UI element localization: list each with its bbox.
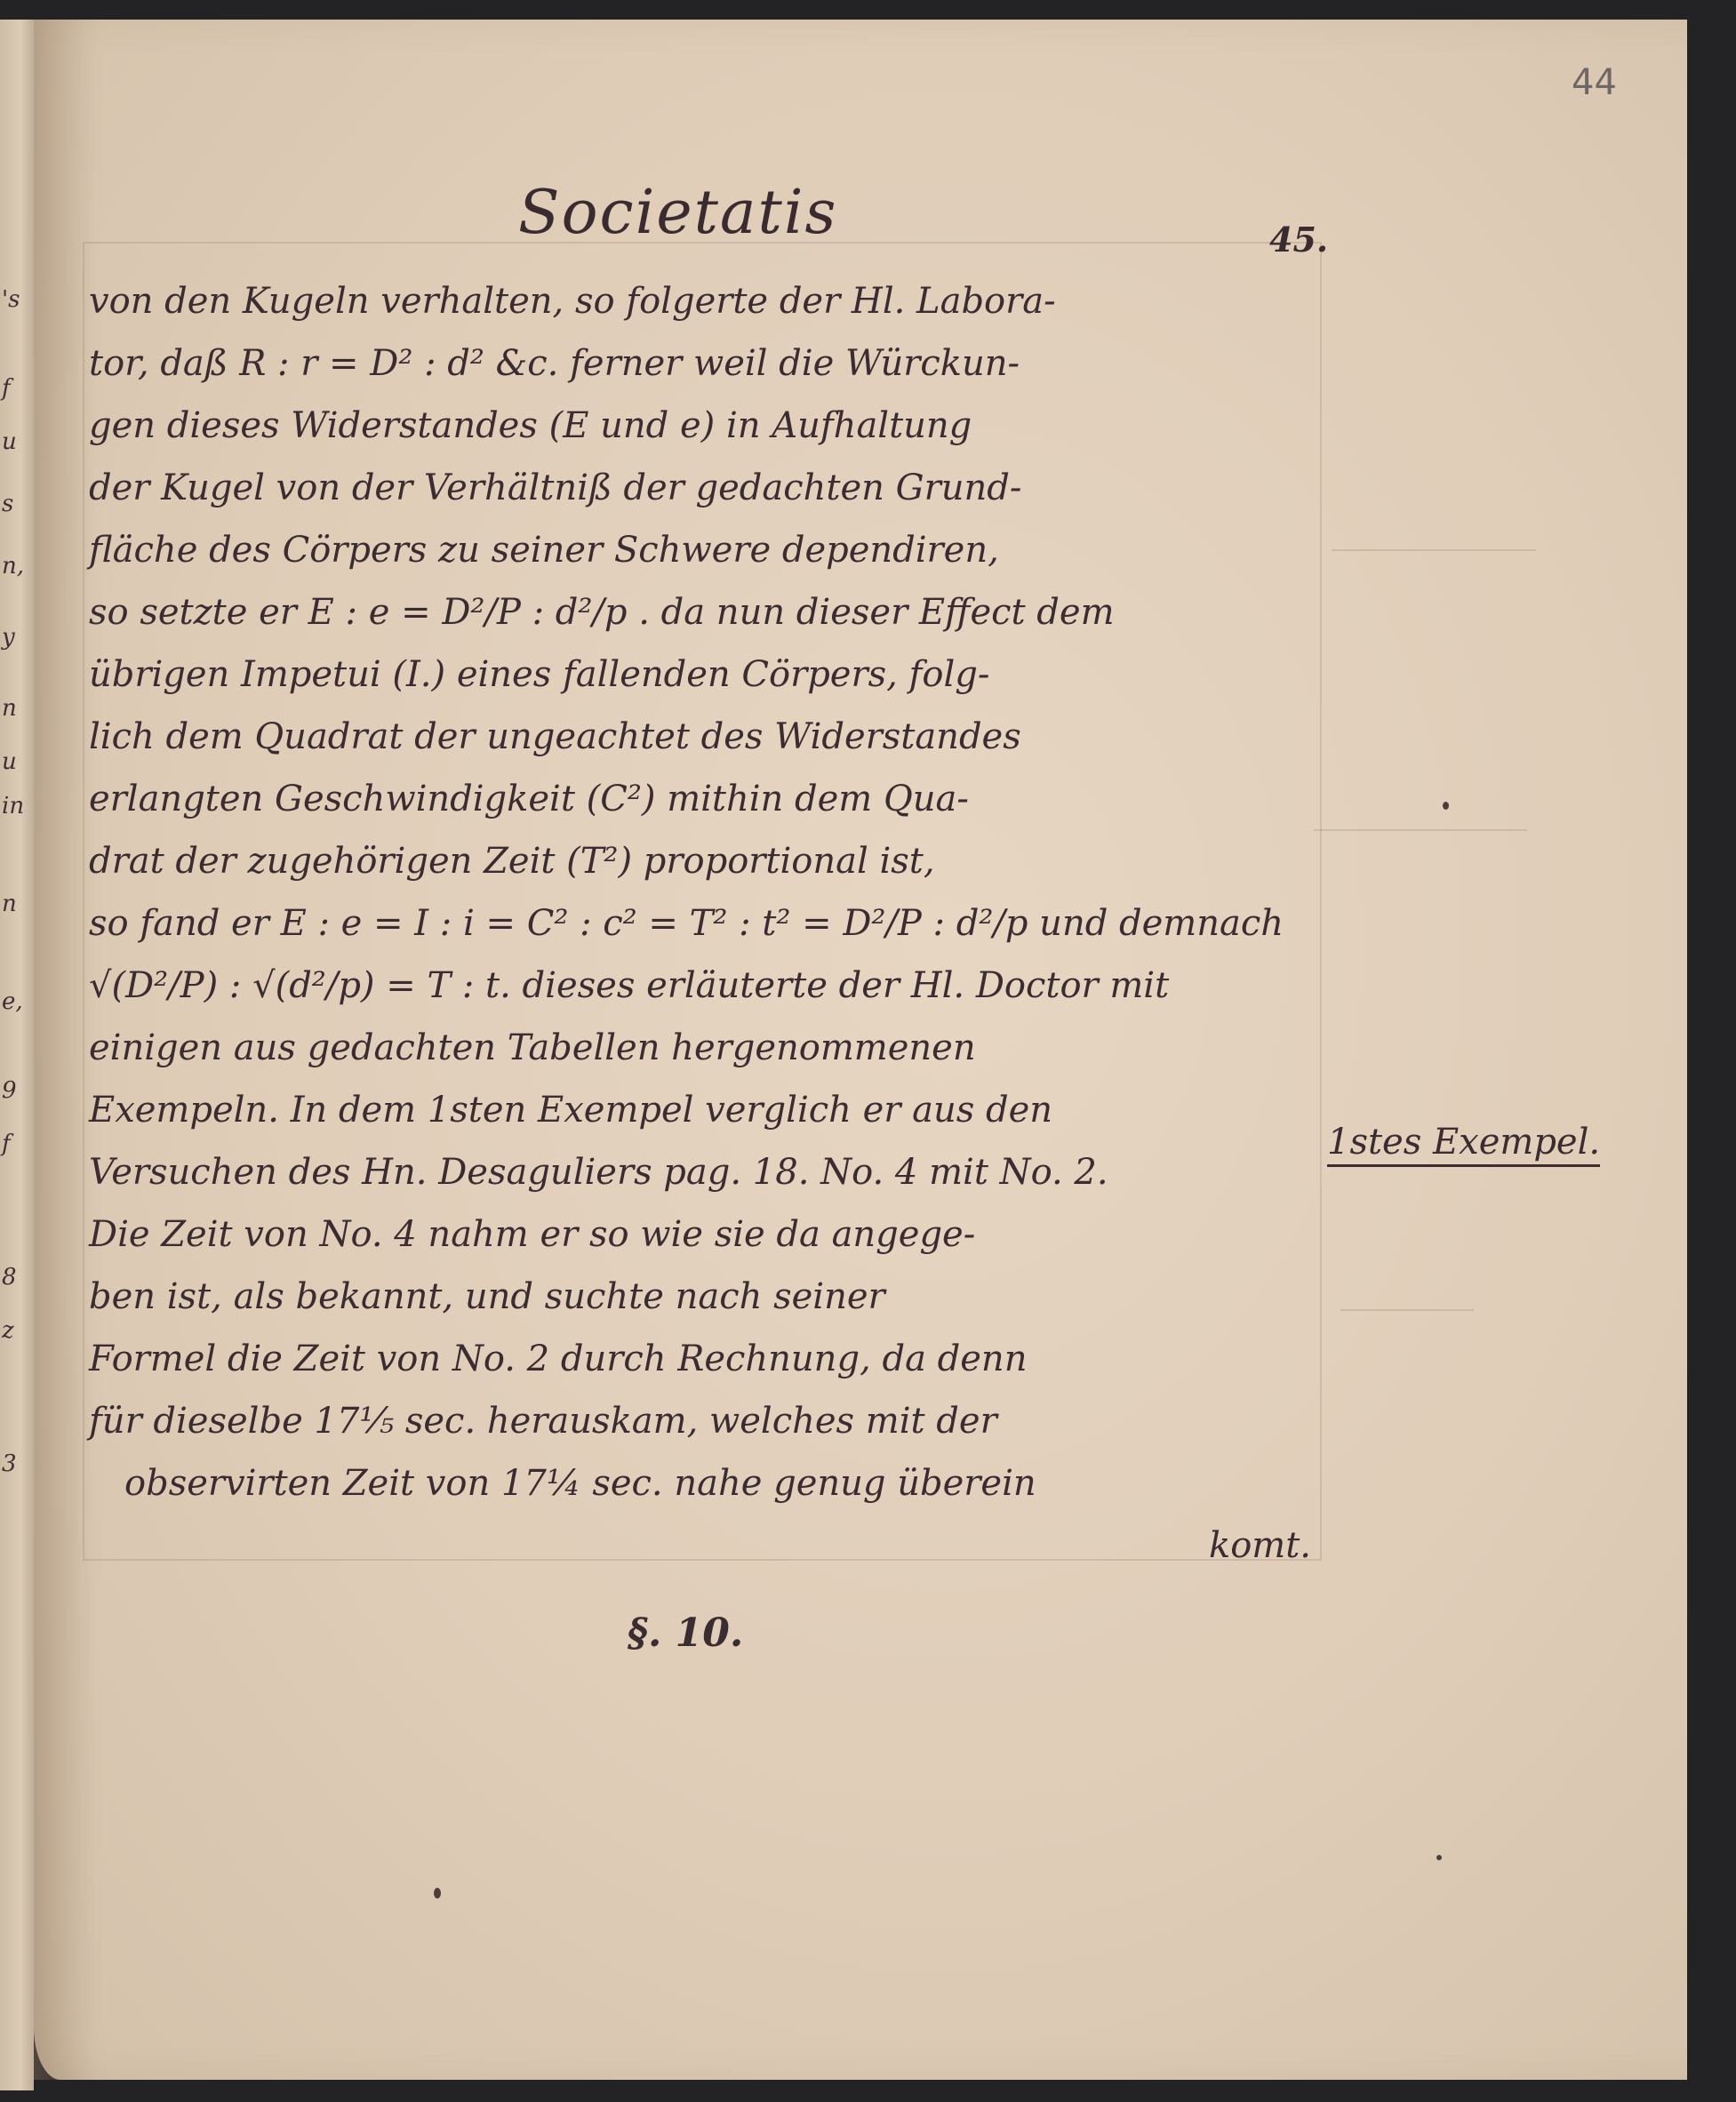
text-line: lich dem Quadrat der ungeachtet des Wide…	[89, 706, 1324, 768]
text-line: Exempeln. In dem 1sten Exempel verglich …	[89, 1079, 1324, 1141]
ink-speck	[434, 1888, 441, 1898]
ink-speck	[1443, 802, 1449, 810]
prev-page-fragment: u	[2, 428, 17, 455]
text-line: observirten Zeit von 17¼ sec. nahe genug…	[89, 1452, 1324, 1515]
text-line: ben ist, als bekannt, und suchte nach se…	[89, 1266, 1324, 1328]
prev-page-fragment: 3	[2, 1451, 17, 1477]
prev-page-fragment: y	[2, 624, 15, 651]
prev-page-fragment: n	[2, 891, 17, 917]
prev-page-fragment: u	[2, 748, 17, 775]
text-line: von den Kugeln verhalten, so folgerte de…	[89, 270, 1324, 332]
prev-page-fragment: e,	[2, 988, 23, 1015]
bleed-through-mark	[1332, 513, 1536, 551]
text-line: Formel die Zeit von No. 2 durch Rechnung…	[89, 1328, 1324, 1390]
prev-page-fragment: s	[2, 491, 13, 517]
text-line: so fand er E : e = I : i = C² : c² = T² …	[89, 892, 1324, 955]
prev-page-fragment: n,	[2, 553, 24, 579]
prev-page-fragment: n	[2, 695, 17, 722]
bleed-through-mark	[1340, 1273, 1474, 1311]
body-text: von den Kugeln verhalten, so folgerte de…	[89, 270, 1324, 1577]
text-line: erlangten Geschwindigkeit (C²) mithin de…	[89, 768, 1324, 830]
text-line: einigen aus gedachten Tabellen hergenomm…	[89, 1017, 1324, 1079]
section-mark: §. 10.	[628, 1610, 743, 1656]
prev-page-fragment: in	[2, 793, 24, 819]
text-line: Die Zeit von No. 4 nahm er so wie sie da…	[89, 1203, 1324, 1266]
running-heading: Societatis	[518, 178, 837, 248]
text-line: komt.	[89, 1515, 1324, 1577]
manuscript-page: 44 Societatis 45. von den Kugeln verhalt…	[34, 20, 1687, 2080]
ink-speck	[1436, 1855, 1442, 1860]
text-line: tor, daß R : r = D² : d² &c. ferner weil…	[89, 332, 1324, 395]
prev-page-fragment: 's	[2, 286, 20, 313]
prev-page-fragment: z	[2, 1317, 14, 1344]
text-line: fläche des Cörpers zu seiner Schwere dep…	[89, 519, 1324, 581]
text-line: so setzte er E : e = D²/P : d²/p . da nu…	[89, 581, 1324, 643]
prev-page-fragment: 9	[2, 1077, 17, 1104]
text-line: für dieselbe 17⅕ sec. herauskam, welches…	[89, 1390, 1324, 1452]
manuscript-scan: 's f u s n, y n u in n e, 9 f 8 z 3 44 S…	[0, 0, 1736, 2102]
folio-number: 44	[1572, 62, 1617, 103]
text-line: der Kugel von der Verhältniß der gedacht…	[89, 457, 1324, 519]
previous-page-edge: 's f u s n, y n u in n e, 9 f 8 z 3	[0, 20, 34, 2090]
prev-page-fragment: 8	[2, 1264, 17, 1291]
text-line: gen dieses Widerstandes (E und e) in Auf…	[89, 395, 1324, 457]
prev-page-fragment: f	[2, 375, 11, 402]
prev-page-fragment: f	[2, 1131, 11, 1157]
margin-note: 1stes Exempel.	[1327, 1122, 1600, 1167]
bleed-through-mark	[1314, 793, 1527, 831]
text-line: √(D²/P) : √(d²/p) = T : t. dieses erläut…	[89, 955, 1324, 1017]
text-line: drat der zugehörigen Zeit (T²) proportio…	[89, 830, 1324, 892]
text-line: übrigen Impetui (I.) eines fallenden Cör…	[89, 643, 1324, 706]
page-number: 45.	[1269, 220, 1328, 260]
text-line: Versuchen des Hn. Desaguliers pag. 18. N…	[89, 1141, 1324, 1203]
